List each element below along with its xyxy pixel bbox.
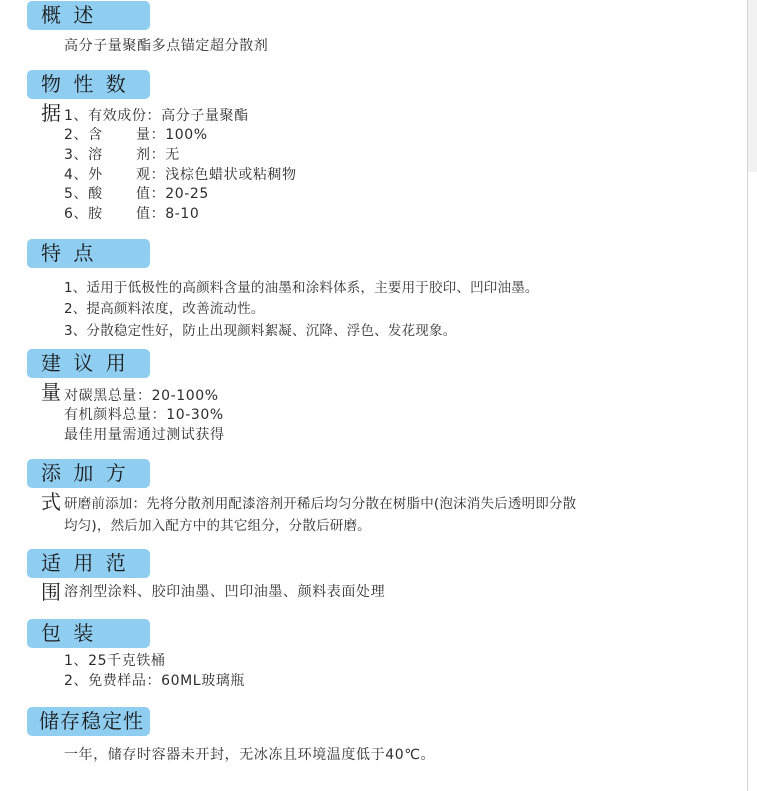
product-spec-page: 概 述 高分子量聚酯多点锚定超分散剂 物 性 数 据 1、有效成份：高分子量聚酯…	[0, 0, 747, 791]
section-header-features: 特 点	[27, 239, 150, 268]
addition-text-line: 均匀)，然后加入配方中的其它组分，分散后研磨。	[64, 517, 371, 535]
property-item: 3、溶剂：无	[64, 146, 180, 164]
property-sep: ：	[151, 206, 166, 222]
property-label-2: 值	[136, 186, 151, 202]
property-item: 2、含量：100%	[64, 126, 208, 144]
property-label: 4、外	[64, 166, 136, 184]
property-label-2: 观	[136, 167, 151, 183]
section-header-packaging: 包 装	[27, 619, 150, 648]
property-value: 浅棕色蜡状或粘稠物	[165, 167, 296, 183]
section-header-applications: 适 用 范 围	[27, 549, 150, 578]
property-label: 1、有效成份	[64, 108, 147, 124]
dosage-item: 对碳黑总量：20-100%	[64, 387, 219, 405]
property-item: 6、胺值：8-10	[64, 205, 199, 223]
feature-item: 2、提高颜料浓度，改善流动性。	[64, 300, 265, 318]
property-label: 5、酸	[64, 185, 136, 203]
property-sep: ：	[151, 186, 166, 202]
property-label-2: 量	[136, 127, 151, 143]
scrollbar-thumb[interactable]	[748, 0, 757, 172]
section-header-properties: 物 性 数 据	[27, 70, 150, 99]
property-value: 20-25	[165, 186, 209, 202]
property-value: 高分子量聚酯	[161, 108, 249, 124]
dosage-item: 最佳用量需通过测试获得	[64, 426, 225, 444]
property-sep: ：	[151, 147, 166, 163]
section-header-storage: 储存稳定性	[27, 707, 150, 736]
property-item: 1、有效成份：高分子量聚酯	[64, 107, 249, 125]
feature-item: 3、分散稳定性好，防止出现颜料絮凝、沉降、浮色、发花现象。	[64, 322, 456, 340]
storage-text: 一年，储存时容器未开封，无冰冻且环境温度低于40℃。	[64, 746, 435, 764]
property-label-2: 剂	[136, 147, 151, 163]
addition-text-line: 研磨前添加：先将分散剂用配漆溶剂开稀后均匀分散在树脂中(泡沫消失后透明即分散	[64, 495, 576, 513]
property-label-2: 值	[136, 206, 151, 222]
property-item: 5、酸值：20-25	[64, 185, 209, 203]
property-value: 100%	[165, 127, 207, 143]
section-header-dosage: 建 议 用 量	[27, 349, 150, 378]
property-item: 4、外观：浅棕色蜡状或粘稠物	[64, 166, 297, 184]
property-label: 3、溶	[64, 146, 136, 164]
overview-text: 高分子量聚酯多点锚定超分散剂	[64, 37, 268, 55]
packaging-item: 1、25千克铁桶	[64, 652, 166, 670]
property-label: 2、含	[64, 126, 136, 144]
applications-text: 溶剂型涂料、胶印油墨、凹印油墨、颜料表面处理	[64, 583, 385, 601]
section-header-overview: 概 述	[27, 1, 150, 30]
property-sep: ：	[147, 108, 162, 124]
property-sep: ：	[151, 167, 166, 183]
property-sep: ：	[151, 127, 166, 143]
property-value: 无	[165, 147, 180, 163]
packaging-item: 2、免费样品：60ML玻璃瓶	[64, 672, 245, 690]
section-header-addition: 添 加 方 式	[27, 459, 150, 488]
property-label: 6、胺	[64, 205, 136, 223]
dosage-item: 有机颜料总量：10-30%	[64, 406, 224, 424]
feature-item: 1、适用于低极性的高颜料含量的油墨和涂料体系，主要用于胶印、凹印油墨。	[64, 279, 539, 297]
property-value: 8-10	[165, 206, 199, 222]
